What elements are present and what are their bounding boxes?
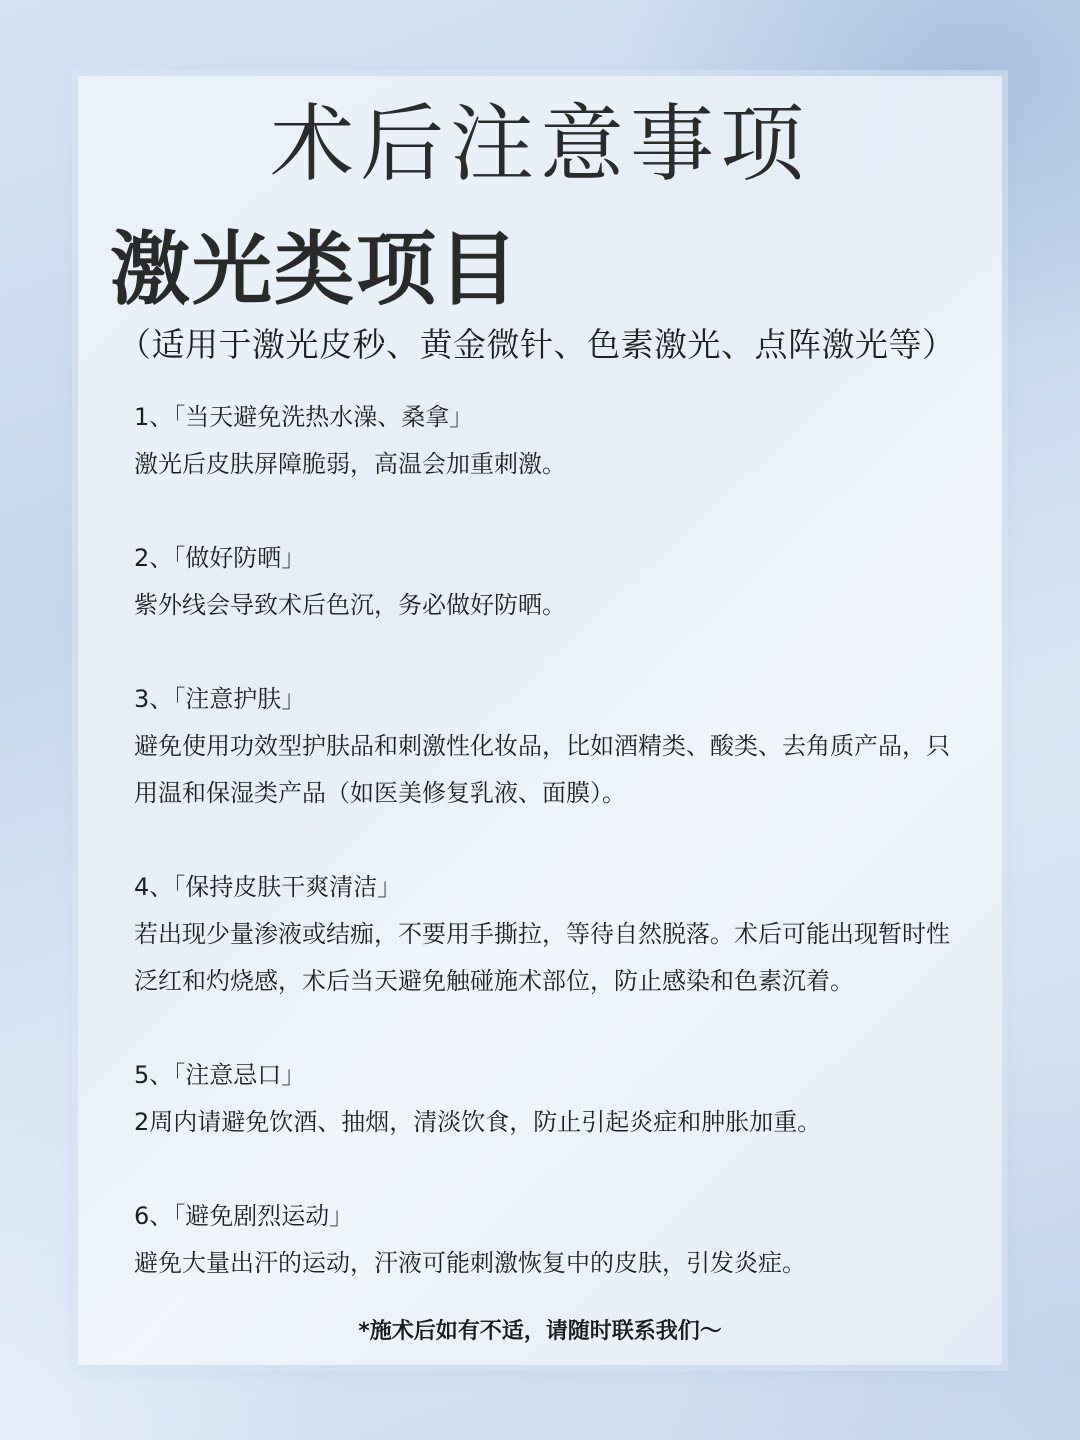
instruction-body: 若出现少量渗液或结痂，不要用手撕拉，等待自然脱落。术后可能出现暂时性泛红和灼烧感… (134, 911, 964, 1005)
item-heading-text: 「注意护肤」 (173, 685, 305, 713)
contact-note: *施术后如有不适，请随时联系我们～ (78, 1314, 1002, 1345)
item-heading-text: 「注意忌口」 (173, 1061, 305, 1089)
item-number: 1、 (134, 403, 173, 431)
instruction-item-3: 3、「注意护肤」 避免使用功效型护肤品和刺激性化妆品，比如酒精类、酸类、去角质产… (134, 676, 964, 817)
instruction-list: 1、「当天避免洗热水澡、桑拿」 激光后皮肤屏障脆弱，高温会加重刺激。 2、「做好… (134, 394, 964, 1287)
item-heading-text: 「保持皮肤干爽清洁」 (173, 873, 401, 901)
item-heading-text: 「避免剧烈运动」 (173, 1202, 353, 1230)
item-heading-text: 「当天避免洗热水澡、桑拿」 (173, 403, 473, 431)
instruction-item-6: 6、「避免剧烈运动」 避免大量出汗的运动，汗液可能刺激恢复中的皮肤，引发炎症。 (134, 1193, 964, 1287)
instruction-heading: 5、「注意忌口」 (134, 1052, 964, 1099)
instruction-heading: 2、「做好防晒」 (134, 535, 964, 582)
page-title: 术后注意事项 (78, 102, 1002, 186)
item-number: 5、 (134, 1061, 173, 1089)
instruction-body: 避免使用功效型护肤品和刺激性化妆品，比如酒精类、酸类、去角质产品，只用温和保湿类… (134, 723, 964, 817)
instruction-body: 2周内请避免饮酒、抽烟，清淡饮食，防止引起炎症和肿胀加重。 (134, 1099, 964, 1146)
instruction-body: 避免大量出汗的运动，汗液可能刺激恢复中的皮肤，引发炎症。 (134, 1240, 964, 1287)
instruction-item-1: 1、「当天避免洗热水澡、桑拿」 激光后皮肤屏障脆弱，高温会加重刺激。 (134, 394, 964, 488)
item-heading-text: 「做好防晒」 (173, 544, 305, 572)
instruction-body: 紫外线会导致术后色沉，务必做好防晒。 (134, 582, 964, 629)
item-number: 6、 (134, 1202, 173, 1230)
instruction-item-2: 2、「做好防晒」 紫外线会导致术后色沉，务必做好防晒。 (134, 535, 964, 629)
instruction-heading: 1、「当天避免洗热水澡、桑拿」 (134, 394, 964, 441)
instruction-item-5: 5、「注意忌口」 2周内请避免饮酒、抽烟，清淡饮食，防止引起炎症和肿胀加重。 (134, 1052, 964, 1146)
item-number: 3、 (134, 685, 173, 713)
item-number: 2、 (134, 544, 173, 572)
category-title: 激光类项目 (110, 230, 520, 310)
instruction-heading: 6、「避免剧烈运动」 (134, 1193, 964, 1240)
instruction-body: 激光后皮肤屏障脆弱，高温会加重刺激。 (134, 441, 964, 488)
instruction-heading: 3、「注意护肤」 (134, 676, 964, 723)
instruction-item-4: 4、「保持皮肤干爽清洁」 若出现少量渗液或结痂，不要用手撕拉，等待自然脱落。术后… (134, 864, 964, 1005)
notice-card: 术后注意事项 激光类项目 （适用于激光皮秒、黄金微针、色素激光、点阵激光等） 1… (78, 76, 1002, 1365)
scope-note: （适用于激光皮秒、黄金微针、色素激光、点阵激光等） (118, 328, 956, 361)
instruction-heading: 4、「保持皮肤干爽清洁」 (134, 864, 964, 911)
item-number: 4、 (134, 873, 173, 901)
